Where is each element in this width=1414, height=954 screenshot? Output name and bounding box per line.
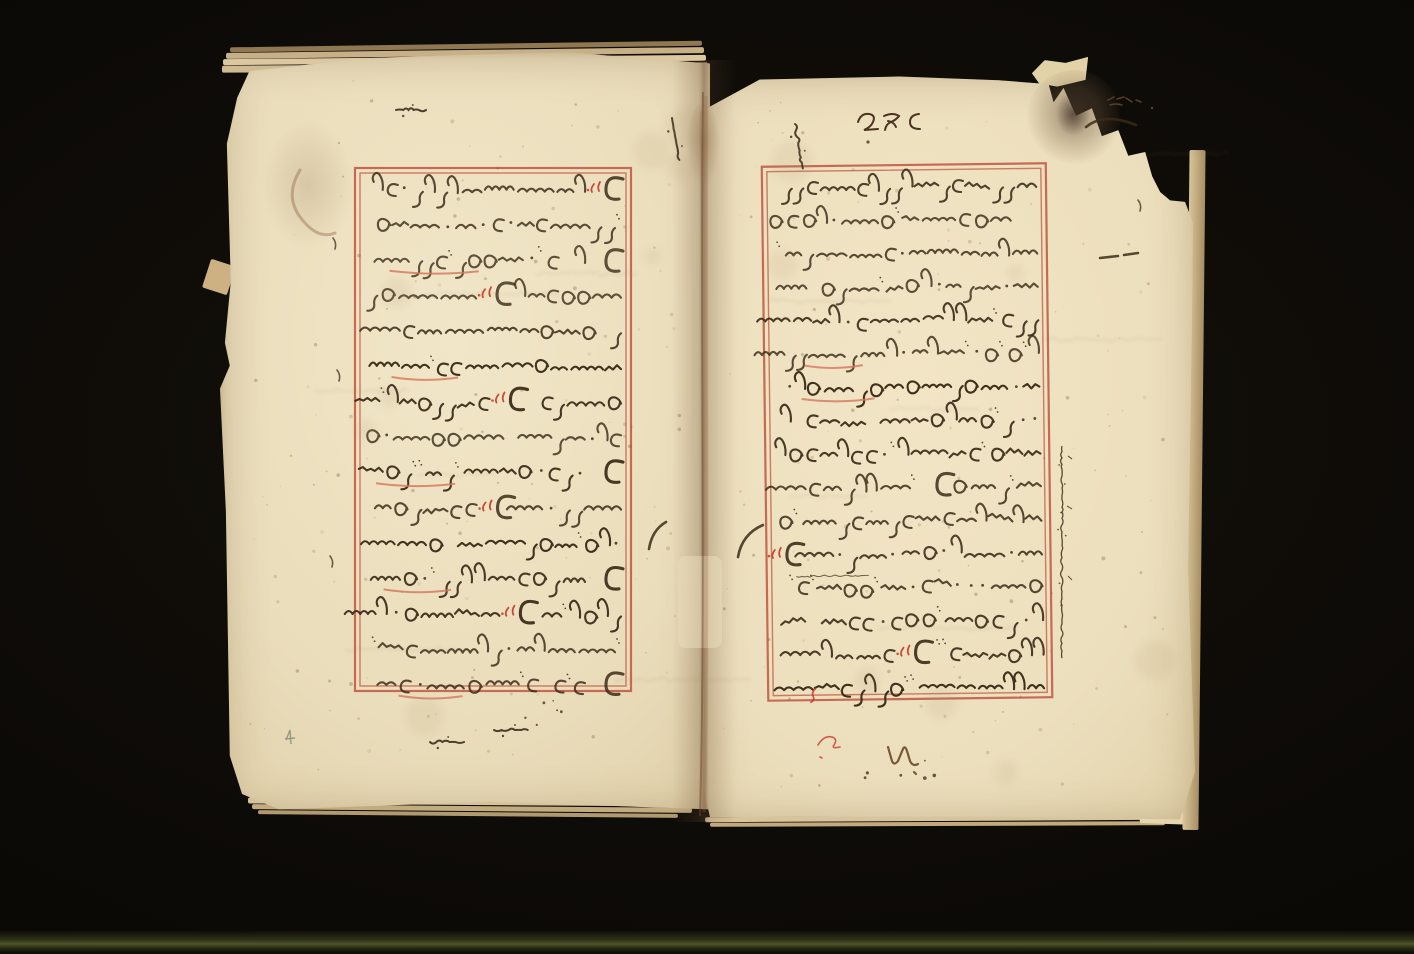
stain-gutter-patch [678,556,722,648]
stain-gutter-top [686,104,720,196]
corner-jotting [1100,90,1164,116]
folio-number [852,106,924,134]
stain-top-left [262,120,354,250]
photo-background [0,0,1414,954]
page-stack-bottom-right [710,821,1165,827]
bottom-light-strip [0,930,1414,954]
right-page [700,72,1198,827]
stain-top-right-core [1056,92,1090,136]
